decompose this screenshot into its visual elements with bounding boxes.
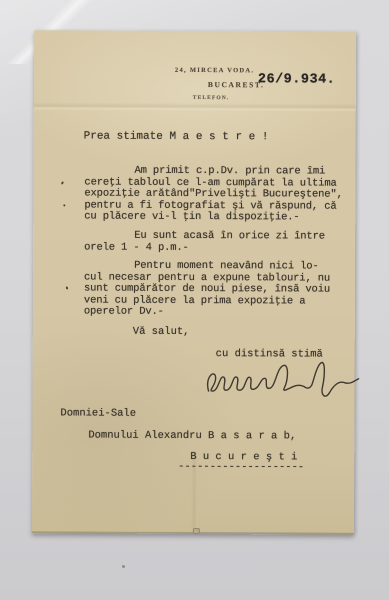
paper-edge-notch [193, 528, 200, 534]
letter-paper: 24, MIRCEA VODA. BUCAREST. 26/9.934. TEL… [32, 30, 356, 534]
typed-dash-underline: -------------------- [178, 461, 304, 474]
backdrop-speck [122, 565, 125, 568]
farewell-line: Vă salut, [133, 326, 190, 338]
letterhead-telephone: TELEFON. [193, 95, 229, 101]
recipient-honorific: Domniei-Sale [60, 407, 136, 419]
letterhead-city: BUCAREST. [208, 80, 265, 89]
ink-speck [66, 286, 69, 289]
body-line: operelor Dv.- [84, 307, 330, 320]
photo-scene: 24, MIRCEA VODA. BUCAREST. 26/9.934. TEL… [0, 0, 389, 600]
letter-date: 26/9.934. [258, 72, 335, 87]
paper-fold-crease [34, 102, 356, 111]
paragraph-3: Pentru moment neavând nici lo- cul neces… [84, 261, 330, 320]
body-line: orele 1 - 4 p.m.- [84, 242, 325, 255]
body-line: cu plăcere vi-l ţin la dispoziţie.- [84, 212, 342, 225]
salutation-line: Prea stimate M a e s t r e ! [84, 131, 269, 144]
ink-speck [63, 204, 65, 206]
recipient-name: Domnului Alexandru B a s a r a b, [88, 430, 296, 443]
signature-ink [202, 355, 362, 408]
paragraph-2: Eu sunt acasă în orice zi între orele 1 … [84, 231, 325, 255]
paragraph-1: Am primit c.p.Dv. prin care îmi cereţi t… [84, 166, 343, 225]
ink-speck [61, 181, 64, 185]
letterhead-address: 24, MIRCEA VODA. [175, 67, 254, 74]
